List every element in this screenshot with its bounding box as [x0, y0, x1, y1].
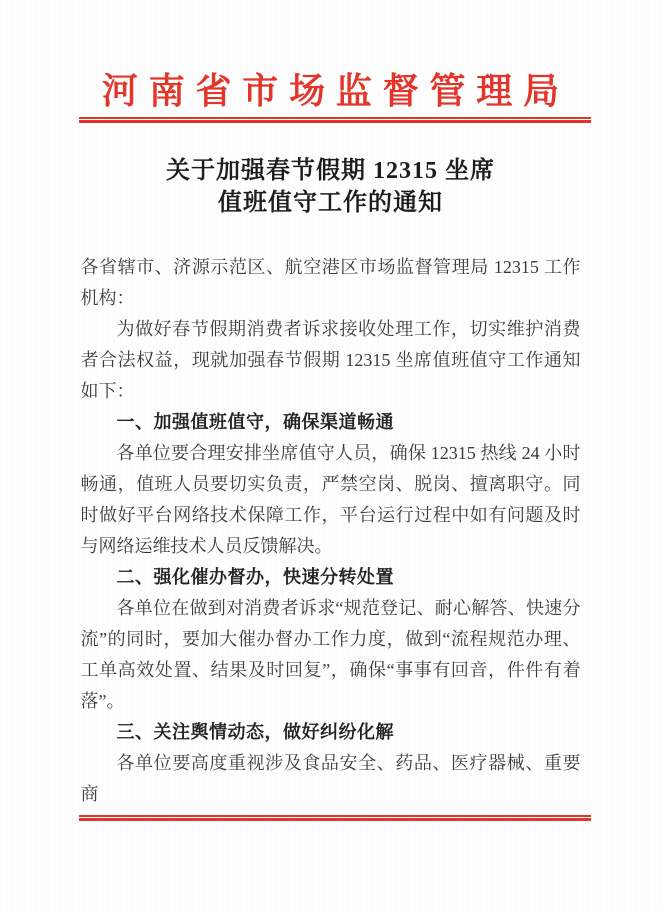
- section-1-paragraph: 各单位要合理安排坐席值守人员，确保 12315 热线 24 小时畅通，值班人员要…: [81, 438, 581, 562]
- scanned-document-page: 河南省市场监督管理局 关于加强春节假期 12315 坐席 值班值守工作的通知 各…: [0, 0, 661, 910]
- page-footer-rule: [79, 815, 591, 821]
- section-heading-1: 一、加强值班值守，确保渠道畅通: [81, 407, 581, 438]
- organization-name: 河南省市场监督管理局: [0, 70, 661, 112]
- letterhead: 河南省市场监督管理局: [0, 0, 661, 112]
- document-title-line-1: 关于加强春节假期 12315 坐席: [0, 155, 661, 187]
- section-heading-2: 二、强化催办督办，快速分转处置: [81, 562, 581, 593]
- section-3-paragraph-truncated: 各单位要高度重视涉及食品安全、药品、医疗器械、重要商: [81, 748, 581, 810]
- intro-paragraph: 为做好春节假期消费者诉求接收处理工作，切实维护消费者合法权益，现就加强春节假期 …: [81, 314, 581, 407]
- salutation-line: 各省辖市、济源示范区、航空港区市场监督管理局 12315 工作机构：: [81, 252, 581, 314]
- document-title-line-2: 值班值守工作的通知: [0, 187, 661, 219]
- section-2-paragraph: 各单位在做到对消费者诉求“规范登记、耐心解答、快速分流”的同时，要加大催办督办工…: [81, 593, 581, 717]
- letterhead-divider-rule: [79, 117, 591, 123]
- document-body: 各省辖市、济源示范区、航空港区市场监督管理局 12315 工作机构： 为做好春节…: [81, 252, 581, 810]
- document-title: 关于加强春节假期 12315 坐席 值班值守工作的通知: [0, 155, 661, 219]
- section-heading-3: 三、关注舆情动态，做好纠纷化解: [81, 717, 581, 748]
